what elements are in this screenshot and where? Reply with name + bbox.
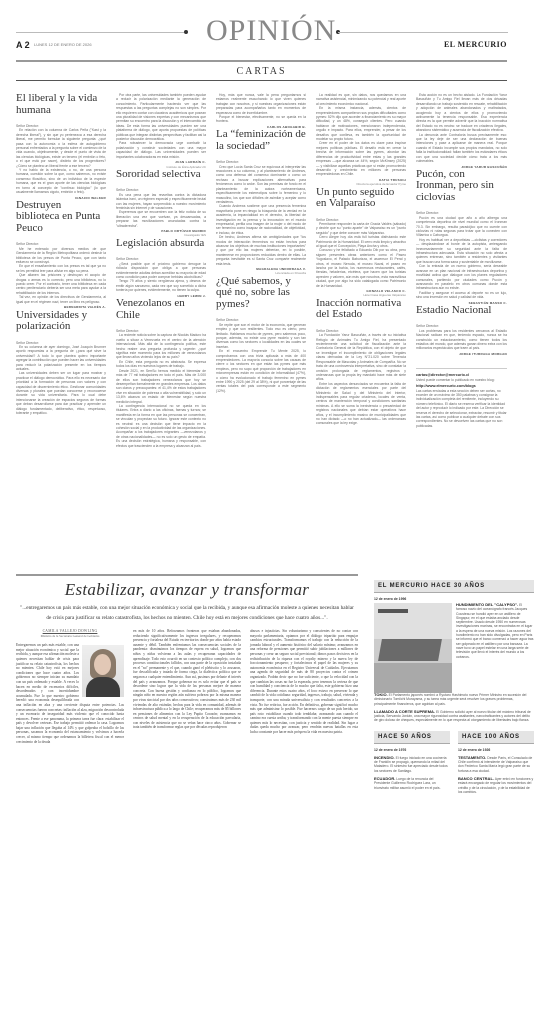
author-photo bbox=[82, 645, 124, 697]
pull-quote: "...entregaremos un país más estable, co… bbox=[20, 603, 354, 623]
masthead-rule-right bbox=[338, 32, 508, 33]
opinion-column: Estabilizar, avanzar y transformar "...e… bbox=[16, 580, 358, 989]
archive-item: ECUADOR. Luego de la renuncia del Presid… bbox=[374, 777, 450, 790]
letter: Pucón, con Ironman, pero sin ciclovías S… bbox=[416, 169, 507, 305]
archive-header: EL MERCURIO HACE 30 AÑOS bbox=[374, 580, 534, 593]
letter-paragraph: Facilitar y asegurar el acceso al deport… bbox=[416, 291, 507, 300]
ornament-dot bbox=[184, 30, 188, 34]
column-paragraph: en más de 10 años. Reforzamos fronteras … bbox=[133, 629, 241, 729]
letter-paragraph: Cerro Alegre hoy día está full turistas … bbox=[316, 235, 406, 248]
letter-title: Destruyen biblioteca en Punta Peuco bbox=[16, 200, 106, 235]
column-3: Hoy, más que nunca, vale la pena pregunt… bbox=[216, 93, 306, 393]
letter-paragraph: ¿Será posible que el próximo gobierno de… bbox=[116, 262, 206, 280]
letter: Universidades y polarización Señor Direc… bbox=[16, 310, 106, 416]
letter-paragraph: Hoy, más que nunca, vale la pena pregunt… bbox=[216, 93, 306, 115]
archive-sub-header: HACE 50 AÑOS bbox=[374, 731, 450, 744]
letter-paragraph: La realidad es que, sin datos, nos queda… bbox=[316, 93, 406, 106]
letter: Sororidad selectiva Señor Director: Es u… bbox=[116, 169, 206, 238]
letter: ¿Qué sabemos, y qué no, sobre las pymes?… bbox=[216, 276, 306, 393]
letter-paragraph: Porque el bienestar, efectivamente, no s… bbox=[216, 115, 306, 124]
archive-item-kicker: TESTAMENTO. bbox=[458, 755, 486, 760]
archive-item: TESTAMENTO. Desde París, el Consulado de… bbox=[458, 756, 534, 773]
letter-paragraph: Entre los aspectos denunciados se encuen… bbox=[316, 382, 406, 426]
letter: El liberal y la vida humana Señor Direct… bbox=[16, 93, 106, 200]
archive-subsections: HACE 50 AÑOS 12 de enero de 1976 INCENDI… bbox=[374, 731, 534, 831]
divider bbox=[16, 574, 358, 576]
letter-paragraph: Que allanen las prisiones y destruyan el… bbox=[16, 273, 106, 295]
archive-item-kicker: ECUADOR. bbox=[374, 776, 395, 781]
letter-paragraph: Con la entrada de un nuevo gobierno, ser… bbox=[416, 264, 507, 290]
letter-paragraph: La contingencia internacional no se qued… bbox=[116, 404, 206, 448]
archive-item-text: El Parlamento japonés nombró a Ryutaro H… bbox=[374, 693, 526, 706]
divider bbox=[16, 80, 507, 81]
letter: Inacción normativa del Estado Señor Dire… bbox=[316, 298, 406, 426]
letter-title: Sororidad selectiva bbox=[116, 169, 206, 181]
letter: Un punto seguido en Valparaíso Señor Dir… bbox=[316, 187, 406, 298]
archive-sub-header: HACE 100 AÑOS bbox=[458, 731, 534, 744]
archive-sub-date: 12 de enero de 1976 bbox=[374, 748, 450, 752]
letter: Destruyen biblioteca en Punta Peuco Seño… bbox=[16, 200, 106, 310]
contact-note: Usted puede comentar lo publicado en nue… bbox=[416, 378, 507, 382]
letter-paragraph: Para robustecer la democracia urge comba… bbox=[116, 141, 206, 159]
letter-title: Venezolanos en Chile bbox=[116, 298, 206, 321]
letter-paragraph: Tal vez, en opinión de los directivos de… bbox=[16, 295, 106, 304]
letter-paragraph: Cuando Andrews sostiene que una presenci… bbox=[216, 204, 306, 235]
letter: La “feminización de la sociedad” Señor D… bbox=[216, 129, 306, 276]
page-number: A 2 bbox=[16, 40, 30, 50]
letter-paragraph: Se repite que son el motor de la economí… bbox=[216, 323, 306, 349]
letters-policy: Las cartas enviadas a esta sección deben… bbox=[416, 389, 507, 429]
column-4: La realidad es que, sin datos, nos queda… bbox=[316, 93, 406, 426]
letter: Venezolanos en Chile Señor Director: La … bbox=[116, 298, 206, 448]
letter-paragraph: Permítame responder la carta de Gracia V… bbox=[316, 222, 406, 235]
letter-paragraph: De hecho, Andrews afirma sin ambigüedade… bbox=[216, 235, 306, 266]
letter-paragraph: Es una pena que las revueltas contra la … bbox=[116, 193, 206, 211]
letter-paragraph: Las universidades deben ser un lugar par… bbox=[16, 371, 106, 415]
archive-item: BANCO CENTRAL. Ayer entró en funciones y… bbox=[458, 777, 534, 794]
letter-paragraph: Tengo 79 años y siento vergüenza ajena, … bbox=[116, 279, 206, 292]
archive-item: INCENDIO. El fuego iniciado en una cocin… bbox=[374, 756, 450, 773]
issue-date: LUNES 12 DE ENERO DE 2026 bbox=[34, 42, 92, 47]
letter-paragraph: Creo que Lucía Santa Cruz se equivoca al… bbox=[216, 165, 306, 205]
archive-lead-kicker: HUNDIMIENTO DEL "CALYPSO". bbox=[456, 602, 518, 607]
letter-paragraph: Y no hablo de la existencia, o no, de un… bbox=[16, 168, 106, 194]
subsection-title: CARTAS bbox=[16, 62, 507, 80]
letter-title: ¿Qué sabemos, y qué no, sobre las pymes? bbox=[216, 276, 306, 311]
archive-100-years: HACE 100 AÑOS 12 de enero de 1926 TESTAM… bbox=[458, 731, 534, 794]
letter-paragraph: Esta acción no es un hecho aislado. La F… bbox=[416, 93, 507, 133]
archive-item: LLAMADO A CORTE SUPREMA. El Gobierno sol… bbox=[374, 710, 534, 723]
section-title: OPINIÓN bbox=[206, 14, 326, 48]
archive-item-kicker: INCENDIO. bbox=[374, 755, 395, 760]
letter-title: Legislación absurda bbox=[116, 238, 206, 250]
author-role: Ministra de la Secretaría General de Gob… bbox=[16, 634, 124, 639]
archive-sub-date: 12 de enero de 1926 bbox=[458, 748, 534, 752]
letter-paragraph: Por otra parte, las universidades tambié… bbox=[116, 93, 206, 141]
letter-title: Universidades y polarización bbox=[16, 310, 106, 333]
column-paragraph: abusos e injusticias. Sin voluntarismo y… bbox=[250, 629, 358, 734]
column-1: El liberal y la vida humana Señor Direct… bbox=[16, 93, 106, 415]
letter-paragraph: Los problemas para los residentes cercan… bbox=[416, 329, 507, 351]
letter-paragraph: En su columna de ayer domingo, José Joaq… bbox=[16, 345, 106, 371]
letter-paragraph: En relación con la columna de Carlos Peñ… bbox=[16, 128, 106, 168]
letter-paragraph: En Chile, esta pregunta no es abstracta.… bbox=[116, 360, 206, 369]
newspaper-brand: EL MERCURIO bbox=[444, 40, 507, 49]
archive-date: 12 de enero de 1996 bbox=[374, 597, 534, 601]
letter-title: Estadio Nacional bbox=[416, 305, 507, 317]
letter-paragraph: Hoy es habitual ver a deportistas —cicli… bbox=[416, 238, 507, 264]
letter-paragraph: La denuncia ante Contraloría busca preci… bbox=[416, 133, 507, 164]
letter-paragraph: En que el ensañamiento con los presos es… bbox=[16, 264, 106, 273]
archive-item-kicker: BANCO CENTRAL. bbox=[458, 776, 494, 781]
letter-paragraph: Conozco y he felicitado a Eduardo Dib po… bbox=[316, 248, 406, 288]
archive-50-years: HACE 50 AÑOS 12 de enero de 1976 INCENDI… bbox=[374, 731, 450, 790]
letter-title: La “feminización de la sociedad” bbox=[216, 129, 306, 152]
newspaper-page: OPINIÓN A 2 LUNES 12 DE ENERO DE 2026 EL… bbox=[16, 22, 507, 613]
column-5: Esta acción no es un hecho aislado. La F… bbox=[416, 93, 507, 428]
column-2: Por otra parte, las universidades tambié… bbox=[116, 93, 206, 448]
archive-item: TOKIO. El Parlamento japonés nombró a Ry… bbox=[374, 693, 534, 706]
contact-box: cartas@director@mercurio.cl Usted puede … bbox=[416, 368, 507, 428]
letter-paragraph: Desde 2021, en SerrSo hemos medido el bi… bbox=[116, 369, 206, 404]
letter-title: Un punto seguido en Valparaíso bbox=[316, 187, 406, 210]
column-text-1: CAMILA VALLEJO DOWLING Ministra de la Se… bbox=[16, 629, 124, 744]
letter: Estadio Nacional Señor Director: Los pro… bbox=[416, 305, 507, 356]
letters-section: El liberal y la vida humana Señor Direct… bbox=[16, 93, 507, 613]
letter-paragraph: La reciente noticia sobre la captura de … bbox=[116, 333, 206, 359]
letter-paragraph: En la misma instancia, además, cientos d… bbox=[316, 106, 406, 141]
column-body: CAMILA VALLEJO DOWLING Ministra de la Se… bbox=[16, 629, 358, 989]
letter-signature: JORGE ITURRAGA MORGAN bbox=[416, 352, 507, 356]
letter-paragraph: La Fundación Yarur Bascuñán, a través de… bbox=[316, 333, 406, 381]
column-title: Estabilizar, avanzar y transformar bbox=[16, 580, 358, 600]
letter-paragraph: Me he enterado por diversos medios de qu… bbox=[16, 247, 106, 265]
archive-lead-text: El famoso navío del oceanógrafo francés … bbox=[456, 603, 533, 659]
archive-item-kicker: LLAMADO A CORTE SUPREMA. bbox=[374, 709, 435, 714]
column-text-2: en más de 10 años. Reforzamos fronteras … bbox=[133, 629, 241, 730]
column-text-3: abusos e injusticias. Sin voluntarismo y… bbox=[250, 629, 358, 735]
letter-title: El liberal y la vida humana bbox=[16, 93, 106, 116]
letter-title: Pucón, con Ironman, pero sin ciclovías bbox=[416, 169, 507, 204]
letter-paragraph: En el encuentro Emprende Tu Mente 2025, … bbox=[216, 349, 306, 393]
letter: Legislación absurda Señor Director: ¿Ser… bbox=[116, 238, 206, 298]
letter-paragraph: Pucón es una ciudad que año a año alberg… bbox=[416, 216, 507, 238]
letter-paragraph: Creer en el poder de los datos es clave … bbox=[316, 141, 406, 176]
letter-paragraph: Esperemos que se encuentren con la feliz… bbox=[116, 210, 206, 228]
masthead-rule-left bbox=[16, 32, 184, 33]
archive-box: EL MERCURIO HACE 30 AÑOS 12 de enero de … bbox=[374, 580, 534, 831]
archive-photo-calypso bbox=[374, 603, 452, 693]
masthead: OPINIÓN A 2 LUNES 12 DE ENERO DE 2026 EL… bbox=[16, 22, 507, 58]
letter-title: Inacción normativa del Estado bbox=[316, 298, 406, 321]
